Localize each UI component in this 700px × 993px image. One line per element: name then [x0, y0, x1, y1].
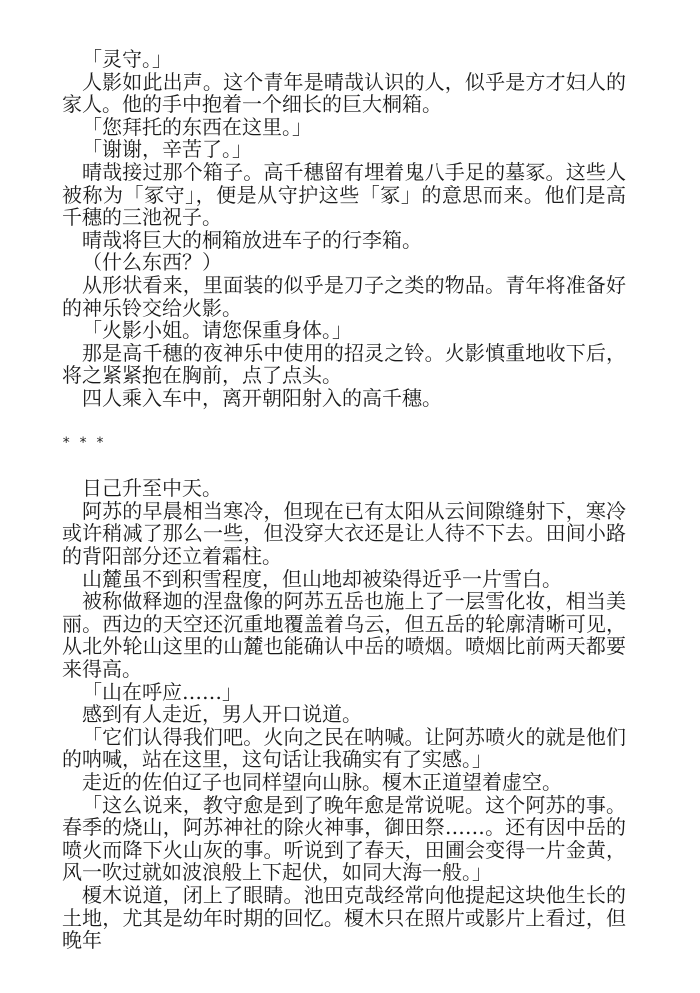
narration-paragraph: 从形状看来，里面装的似乎是刀子之类的物品。青年将准备好的神乐铃交给火影。: [62, 274, 626, 319]
narration-paragraph: 榎木说道，闭上了眼睛。池田克哉经常向他提起这块他生长的土地，尤其是幼年时期的回忆…: [62, 884, 626, 952]
narration-paragraph: 被称做释迦的涅盘像的阿苏五岳也施上了一层雪化妆，相当美丽。西边的天空还沉重地覆盖…: [62, 590, 626, 680]
narration-paragraph: 日己升至中天。: [62, 477, 626, 500]
narration-paragraph: 晴哉接过那个箱子。高千穗留有埋着鬼八手足的墓冢。这些人被称为「冢守」，便是从守护…: [62, 161, 626, 229]
dialogue-line: 「这么说来，教守愈是到了晚年愈是常说呢。这个阿苏的事。春季的烧山，阿苏神社的除火…: [62, 794, 626, 884]
dialogue-line: 「您拜托的东西在这里。」: [62, 116, 626, 139]
narration-paragraph: 感到有人走近，男人开口说道。: [62, 703, 626, 726]
narration-paragraph: 四人乘入车中，离开朝阳射入的高千穗。: [62, 387, 626, 410]
section-separator: * * *: [62, 432, 626, 455]
dialogue-line: 「火影小姐。请您保重身体。」: [62, 319, 626, 342]
dialogue-line: 「它们认得我们吧。火向之民在呐喊。让阿苏喷火的就是他们的呐喊，站在这里，这句话让…: [62, 726, 626, 771]
inner-thought-line: （什么东西？）: [62, 251, 626, 274]
document-page: 「灵守。」 人影如此出声。这个青年是晴哉认识的人，似乎是方才妇人的家人。他的手中…: [62, 48, 626, 952]
blank-line: [62, 455, 626, 478]
narration-paragraph: 走近的佐伯辽子也同样望向山脉。榎木正道望着虚空。: [62, 771, 626, 794]
blank-line: [62, 410, 626, 433]
narration-paragraph: 山麓虽不到积雪程度，但山地却被染得近乎一片雪白。: [62, 568, 626, 591]
dialogue-line: 「谢谢，辛苦了。」: [62, 138, 626, 161]
narration-paragraph: 晴哉将巨大的桐箱放进车子的行李箱。: [62, 229, 626, 252]
narration-paragraph: 阿苏的早晨相当寒冷，但现在已有太阳从云间隙缝射下，寒冷或许稍减了那么一些，但没穿…: [62, 500, 626, 568]
section-1: 「灵守。」 人影如此出声。这个青年是晴哉认识的人，似乎是方才妇人的家人。他的手中…: [62, 48, 626, 410]
dialogue-line: 「山在呼应……」: [62, 681, 626, 704]
narration-paragraph: 人影如此出声。这个青年是晴哉认识的人，似乎是方才妇人的家人。他的手中抱着一个细长…: [62, 71, 626, 116]
narration-paragraph: 那是高千穗的夜神乐中使用的招灵之铃。火影慎重地收下后，将之紧紧抱在胸前，点了点头…: [62, 342, 626, 387]
dialogue-line: 「灵守。」: [62, 48, 626, 71]
section-2: 日己升至中天。 阿苏的早晨相当寒冷，但现在已有太阳从云间隙缝射下，寒冷或许稍减了…: [62, 477, 626, 951]
